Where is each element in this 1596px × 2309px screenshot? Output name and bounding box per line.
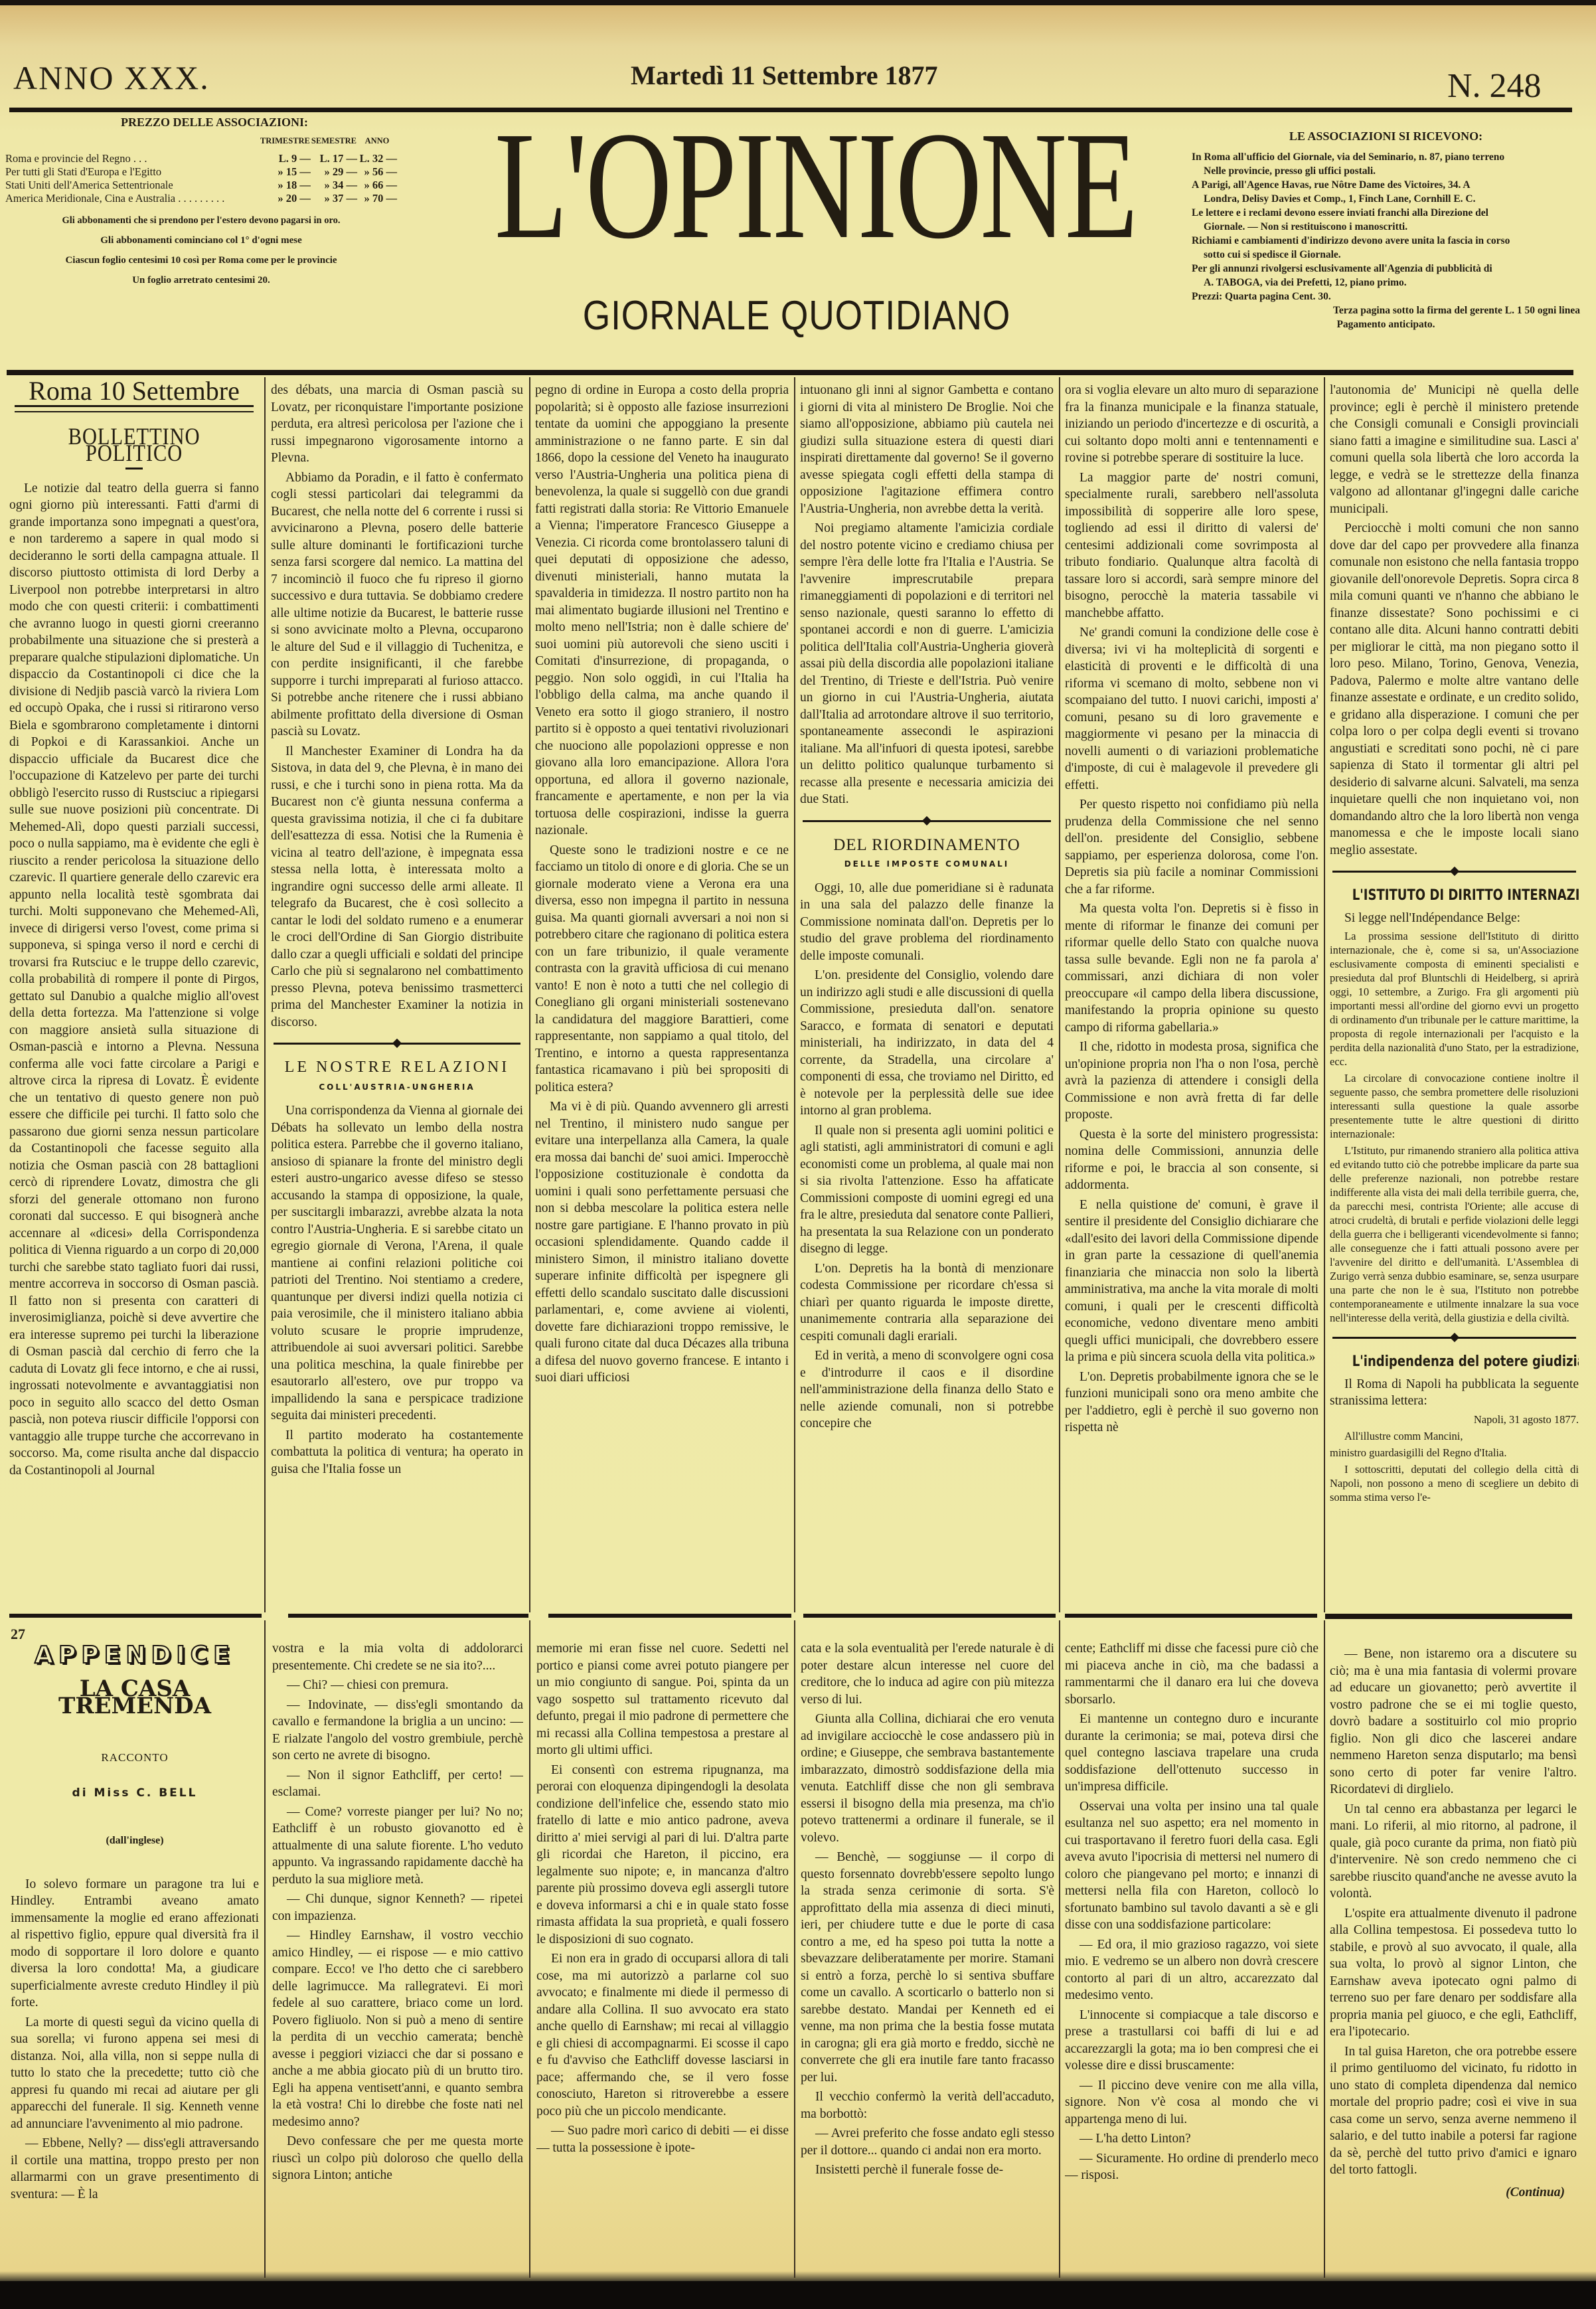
story-paragraph: In tal guisa Hareton, che ora potrebbe e… (1330, 2043, 1577, 2179)
story-paragraph: — Ebbene, Nelly? — diss'egli attraversan… (11, 2135, 259, 2203)
appendix-rule (1325, 1614, 1572, 1619)
appendix-column-4: cata e la sola eventualità per l'erede n… (801, 1640, 1054, 2278)
column-2: des débats, una marcia di Osman pascià s… (271, 382, 523, 1577)
to-be-continued: (Continua) (1330, 2184, 1577, 2201)
subscription-prices: PREZZO DELLE ASSOCIAZIONI: TRIMESTRE SEM… (5, 113, 397, 288)
serial-title: LA CASA TREMENDA (11, 1681, 259, 1715)
article-paragraph: Il quale non si presenta agli uomini pol… (800, 1122, 1054, 1258)
riordinamento-subheading: DELLE IMPOSTE COMUNALI (800, 856, 1054, 873)
prices-row: Roma e provincie del Regno . . . L. 9 — … (5, 152, 397, 165)
article-paragraph: E nella quistione de' comuni, è grave il… (1065, 1197, 1318, 1366)
story-paragraph: Ei consentì con estrema ripugnanza, ma p… (536, 1762, 789, 1948)
subscription-offices: LE ASSOCIAZIONI SI RICEVONO: In Roma all… (1192, 129, 1580, 331)
istituto-heading: L'ISTITUTO DI DIRITTO INTERNAZIONALE (1352, 887, 1557, 904)
article-paragraph: L'on. Depretis ha la bontà di menzionare… (800, 1260, 1054, 1345)
appendix-rule (9, 1614, 262, 1618)
article-paragraph: Oggi, 10, alle due pomeridiane si è radu… (800, 880, 1054, 965)
story-paragraph: — Avrei preferito che fosse andato egli … (801, 2125, 1054, 2159)
story-paragraph: — L'ha detto Linton? (1065, 2130, 1318, 2148)
column-1: Roma 10 Settembre BOLLETTINO POLITICO Le… (9, 379, 259, 1574)
issue-date: Martedì 11 Settembre 1877 (631, 60, 937, 91)
scan-top-edge (0, 0, 1596, 5)
article-paragraph: des débats, una marcia di Osman pascià s… (271, 382, 523, 467)
article-paragraph: Abbiamo da Poradin, e il fatto è conferm… (271, 470, 523, 740)
prices-note-back-issue: Un foglio arretrato centesimi 20. (5, 273, 397, 288)
column-rule (264, 1620, 266, 2278)
masthead-subtitle: GIORNALE QUOTIDIANO (534, 292, 1059, 339)
story-paragraph: La morte di questi seguì da vicino quell… (11, 2014, 259, 2133)
story-paragraph: — Non il signor Eathcliff, per certo! — … (272, 1767, 523, 1801)
article-paragraph: pegno di ordine in Europa a costo della … (535, 382, 789, 839)
story-paragraph: — Benchè, — soggiunse — il corpo di ques… (801, 1849, 1054, 2086)
article-paragraph: La maggior parte de' nostri comuni, spec… (1065, 470, 1318, 622)
volume-year: ANNO XXX. (13, 58, 210, 97)
appendix-rule (803, 1614, 1056, 1618)
prices-note-start: Gli abbonamenti cominciano col 1° d'ogni… (5, 233, 397, 248)
masthead-rule (7, 370, 1573, 375)
column-rule (794, 1620, 795, 2278)
article-paragraph: l'autonomia de' Municipi nè quella delle… (1330, 382, 1579, 517)
column-rule (264, 377, 266, 1612)
article-paragraph: Ed in verità, a meno di sconvolgere ogni… (800, 1347, 1054, 1432)
story-paragraph: memorie mi eran fisse nel cuore. Sedetti… (536, 1640, 789, 1759)
prices-table: TRIMESTRE SEMESTRE ANNO Roma e provincie… (5, 133, 397, 205)
serial-translation-note: (dall'inglese) (11, 1832, 259, 1849)
story-paragraph: Giunta alla Collina, dichiarai che ero v… (801, 1711, 1054, 1846)
prices-row: Stati Uniti dell'America Settentrionale … (5, 179, 397, 192)
article-paragraph: La circolare di convocazione contiene in… (1330, 1071, 1579, 1141)
masthead-title: L'OPINIONE (495, 120, 1105, 252)
column-rule (529, 377, 530, 1612)
prices-col-header: SEMESTRE (311, 133, 357, 152)
letter-address: ministro guardasigilli del Regno d'Itali… (1330, 1446, 1579, 1460)
appendix-column-3: memorie mi eran fisse nel cuore. Sedetti… (536, 1640, 789, 2278)
appendice-label: APPENDICE (11, 1647, 259, 1664)
appendix-column-5: cente; Eathcliff mi disse che facessi pu… (1065, 1640, 1318, 2278)
article-paragraph: Si legge nell'Indépendance Belge: (1330, 910, 1579, 927)
article-paragraph: Il che, ridotto in modesta prosa, signif… (1065, 1039, 1318, 1124)
indipendenza-heading: L'indipendenza del potere giudiziario (1352, 1353, 1557, 1371)
story-paragraph: Insistetti perchè il funerale fosse de- (801, 2162, 1054, 2179)
bollettino-heading: BOLLETTINO POLITICO (28, 428, 240, 462)
prices-row: America Meridionale, Cina e Australia . … (5, 192, 397, 205)
column-rule (794, 377, 795, 1612)
prices-note-single: Ciascun foglio centesimi 10 così per Rom… (5, 253, 397, 268)
story-paragraph: cente; Eathcliff mi disse che facessi pu… (1065, 1640, 1318, 1708)
article-paragraph: La prossima sessione dell'Istituto di di… (1330, 929, 1579, 1069)
installment-number: 27 (11, 1626, 259, 1643)
story-paragraph: Ei mantenne un contegno duro e incurante… (1065, 1711, 1318, 1796)
article-paragraph: Il Manchester Examiner di Londra ha da S… (271, 743, 523, 1031)
appendix-rule (548, 1614, 791, 1618)
article-paragraph: Queste sono le tradizioni nostre e ce ne… (535, 842, 789, 1096)
story-paragraph: — Indovinate, — diss'egli smontando da c… (272, 1697, 523, 1764)
riordinamento-heading: DEL RIORDINAMENTO (800, 837, 1054, 854)
story-paragraph: — Ed ora, il mio grazioso ragazzo, voi s… (1065, 1936, 1318, 2004)
appendix-rule (288, 1614, 528, 1618)
appendix-rule (1065, 1614, 1317, 1618)
column-5: ora si voglia elevare un alto muro di se… (1065, 382, 1318, 1577)
newspaper-page: ANNO XXX. Martedì 11 Settembre 1877 N. 2… (0, 0, 1596, 2309)
dash-divider (125, 468, 143, 470)
appendix-column-1: 27 APPENDICE LA CASA TREMENDA RACCONTO d… (11, 1626, 259, 2276)
scan-bottom-edge (0, 2281, 1596, 2309)
story-paragraph: L'ospite era attualmente divenuto il pad… (1330, 1905, 1577, 2041)
story-paragraph: Ei non era in grado di occuparsi allora … (536, 1950, 789, 2120)
offices-title: LE ASSOCIAZIONI SI RICEVONO: (1192, 129, 1580, 143)
story-paragraph: — Sicuramente. Ho ordine di prenderlo me… (1065, 2150, 1318, 2184)
article-paragraph: Il Roma di Napoli ha pubblicata la segue… (1330, 1376, 1579, 1410)
article-paragraph: Il partito moderato ha costantemente com… (271, 1427, 523, 1478)
column-rule (529, 1620, 530, 2278)
story-paragraph: Il vecchio confermò la verità dell'accad… (801, 2089, 1054, 2122)
section-divider (274, 1043, 520, 1045)
article-paragraph: L'on. Depretis probabilmente ignora che … (1065, 1369, 1318, 1436)
story-paragraph: — Chi? — chiesi con premura. (272, 1677, 523, 1694)
prices-title: PREZZO DELLE ASSOCIAZIONI: (32, 116, 397, 129)
story-paragraph: Devo confessare che per me questa morte … (272, 2133, 523, 2184)
column-4: intuonano gli inni al signor Gambetta e … (800, 382, 1054, 1577)
article-paragraph: Una corrispondenza da Vienna al giornale… (271, 1102, 523, 1424)
prices-note-foreign: Gli abbonamenti che si prendono per l'es… (5, 213, 397, 228)
article-paragraph: L'on. presidente del Consiglio, volendo … (800, 967, 1054, 1120)
story-paragraph: Un tal cenno era abbastanza per legarci … (1330, 1801, 1577, 1903)
serial-author: di Miss C. BELL (11, 1785, 259, 1802)
article-paragraph: Ma vi è di più. Quando avvennero gli arr… (535, 1098, 789, 1387)
article-paragraph: Ne' grandi comuni la condizione delle co… (1065, 624, 1318, 794)
relazioni-subheading: COLL'AUSTRIA-UNGHERIA (271, 1079, 523, 1096)
dateline-heading: Roma 10 Settembre (9, 383, 259, 400)
relazioni-heading: LE NOSTRE RELAZIONI (271, 1059, 523, 1076)
story-paragraph: — Come? vorreste pianger per lui? No no;… (272, 1804, 523, 1889)
section-divider (803, 820, 1051, 822)
prices-col-header: TRIMESTRE (260, 133, 311, 152)
article-paragraph: Ma questa volta l'on. Depretis si è fiss… (1065, 900, 1318, 1036)
story-paragraph: cata e la sola eventualità per l'erede n… (801, 1640, 1054, 1708)
section-divider (1332, 871, 1576, 873)
story-paragraph: — Suo padre morì carico di debiti — ei d… (536, 2122, 789, 2156)
section-divider (1332, 1337, 1576, 1339)
appendix-column-6: — Bene, non istaremo ora a discutere su … (1330, 1646, 1577, 2276)
story-paragraph: — Il piccino deve venire con me alla vil… (1065, 2077, 1318, 2128)
column-rule (1324, 377, 1325, 1612)
article-paragraph: Questa è la sorte del ministero progress… (1065, 1126, 1318, 1194)
column-rule (1059, 377, 1060, 1612)
article-paragraph: Le notizie dal teatro della guerra si fa… (9, 480, 259, 1480)
story-paragraph: Osservai una volta per insino una tal qu… (1065, 1798, 1318, 1934)
story-paragraph: — Bene, non istaremo ora a discutere su … (1330, 1646, 1577, 1798)
article-paragraph: L'Istituto, pur rimanendo straniero alla… (1330, 1144, 1579, 1325)
story-paragraph: — Chi dunque, signor Kenneth? — ripetei … (272, 1891, 523, 1924)
appendix-column-2: vostra e la mia volta di addolorarci pre… (272, 1640, 523, 2278)
article-paragraph: intuonano gli inni al signor Gambetta e … (800, 382, 1054, 517)
story-paragraph: — Hindley Earnshaw, il vostro vecchio am… (272, 1927, 523, 2130)
letter-address: All'illustre comm Mancini, (1330, 1429, 1579, 1443)
serial-kind: RACCONTO (11, 1749, 259, 1766)
prices-col-header: ANNO (357, 133, 397, 152)
column-6: l'autonomia de' Municipi nè quella delle… (1330, 382, 1579, 1610)
double-rule (15, 405, 254, 412)
column-3: pegno di ordine in Europa a costo della … (535, 382, 789, 1577)
story-paragraph: vostra e la mia volta di addolorarci pre… (272, 1640, 523, 1674)
issue-number: N. 248 (1447, 66, 1542, 106)
letter-dateline: Napoli, 31 agosto 1877. (1330, 1412, 1579, 1426)
column-rule (1324, 1620, 1325, 2278)
story-paragraph: Io solevo formare un paragone tra lui e … (11, 1876, 259, 2011)
article-paragraph: Per questo rispetto noi confidiamo più n… (1065, 796, 1318, 898)
article-paragraph: ora si voglia elevare un alto muro di se… (1065, 382, 1318, 467)
prices-row: Per tutti gli Stati d'Europa e l'Egitto … (5, 165, 397, 179)
column-rule (1059, 1620, 1060, 2278)
article-paragraph: I sottoscritti, deputati del collegio de… (1330, 1462, 1579, 1504)
story-paragraph: L'innocente si compiacque a tale discors… (1065, 2007, 1318, 2075)
article-paragraph: Noi pregiamo altamente l'amicizia cordia… (800, 520, 1054, 808)
article-paragraph: Perciocchè i molti comuni che non sanno … (1330, 520, 1579, 859)
